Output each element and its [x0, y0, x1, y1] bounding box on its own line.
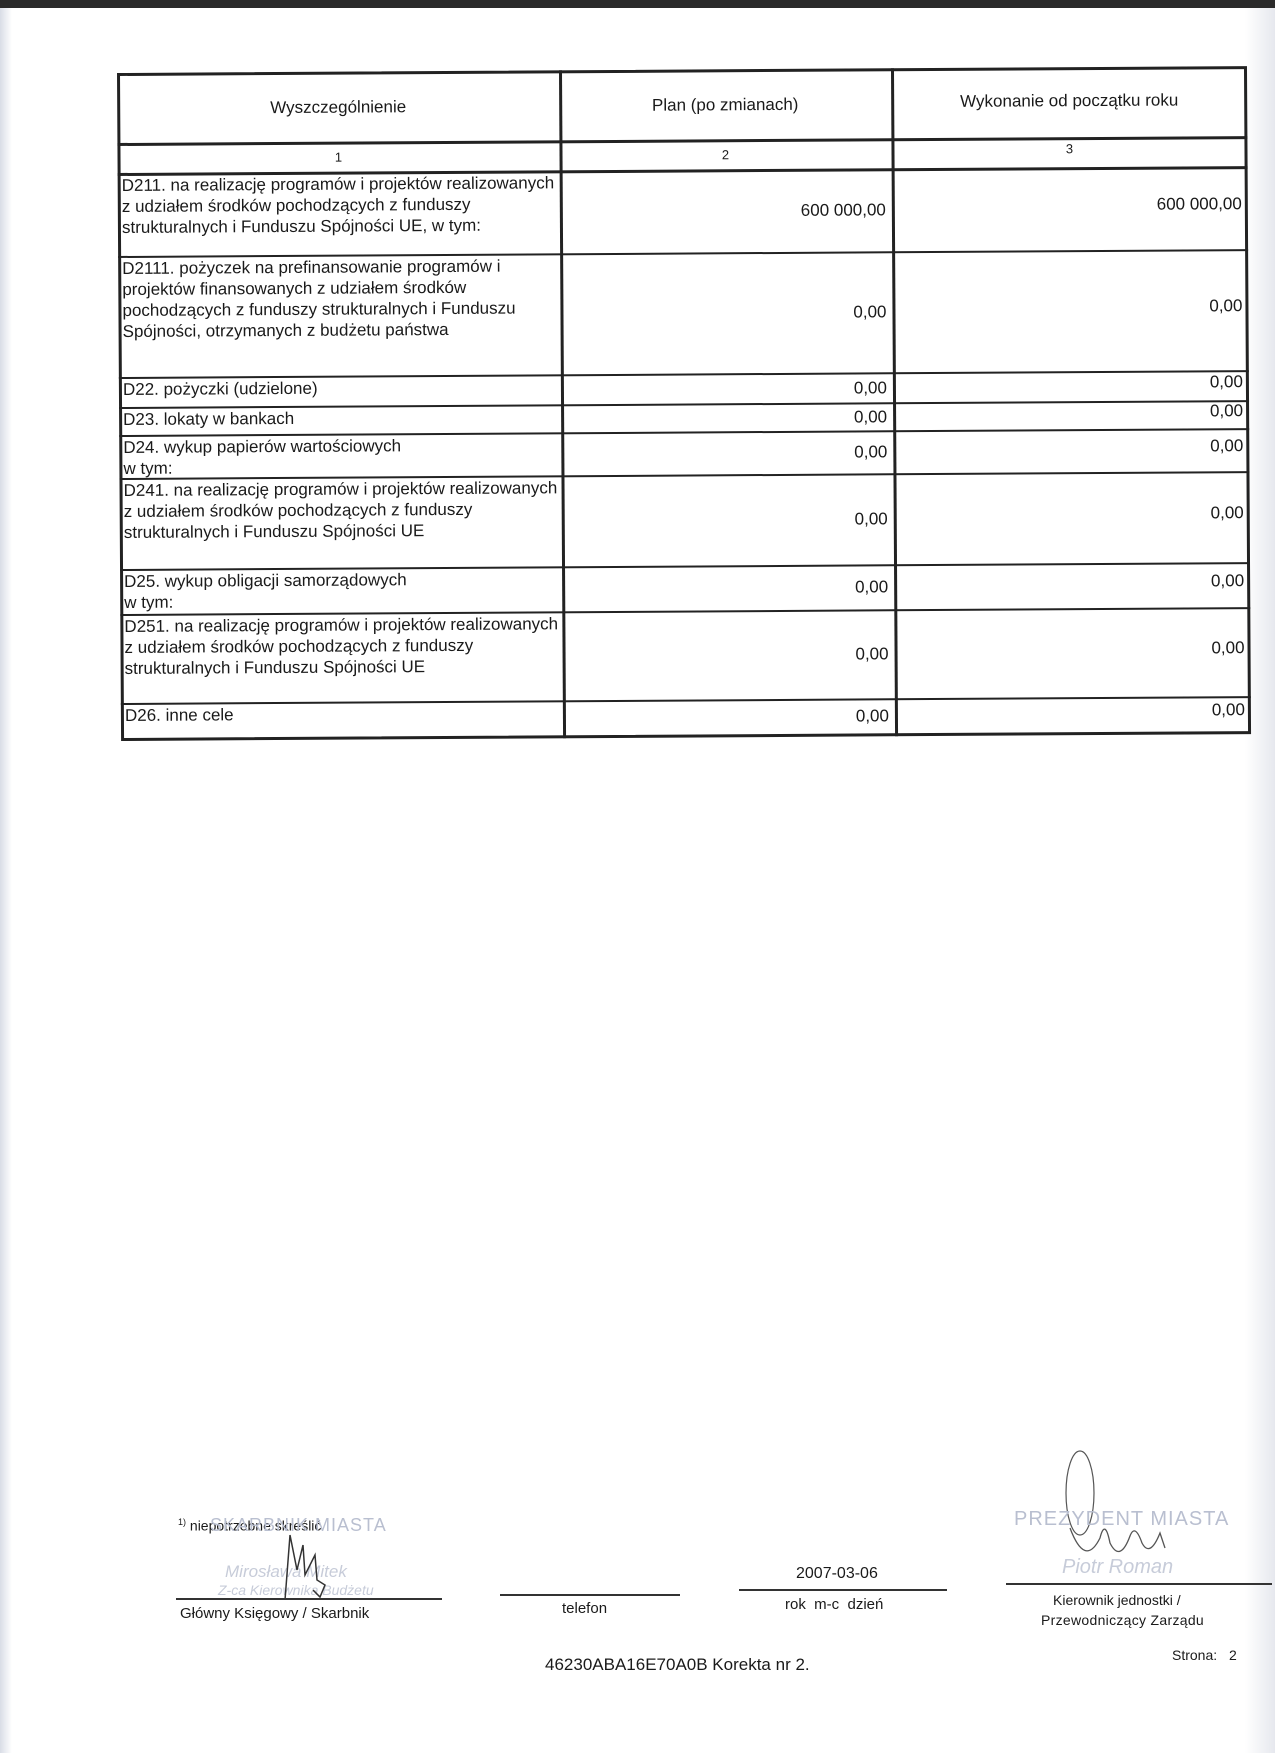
document-code: 46230ABA16E70A0B Korekta nr 2. [545, 1655, 810, 1675]
president-stamp-title: PREZYDENT MIASTA [1014, 1508, 1229, 1531]
page-label: Strona: [1172, 1647, 1217, 1663]
date-line [739, 1589, 947, 1591]
date-value: 2007-03-06 [796, 1565, 878, 1583]
president-signature-line [1006, 1583, 1272, 1585]
president-stamp-name: Piotr Roman [1062, 1556, 1173, 1579]
head-label-line2: Przewodniczący Zarządu [1041, 1612, 1204, 1628]
phone-line [500, 1594, 680, 1596]
page-number: 2 [1229, 1647, 1237, 1663]
scan-top-border [0, 0, 1275, 8]
head-label-line1: Kierownik jednostki / [1053, 1592, 1181, 1608]
accountant-label: Główny Księgowy / Skarbnik [180, 1605, 369, 1622]
accountant-signature-line [176, 1598, 442, 1600]
scan-left-edge [0, 8, 12, 1753]
page-indicator: Strona: 2 [1172, 1647, 1237, 1663]
scan-right-edge [1245, 8, 1275, 1753]
phone-label: telefon [562, 1600, 607, 1617]
accountant-signature [275, 1525, 345, 1605]
table-frame [117, 66, 1251, 741]
financial-table: Wyszczególnienie Plan (po zmianach) Wyko… [117, 66, 1251, 741]
footnote-marker: 1) [178, 1517, 186, 1527]
date-label: rok m-c dzień [785, 1596, 883, 1613]
